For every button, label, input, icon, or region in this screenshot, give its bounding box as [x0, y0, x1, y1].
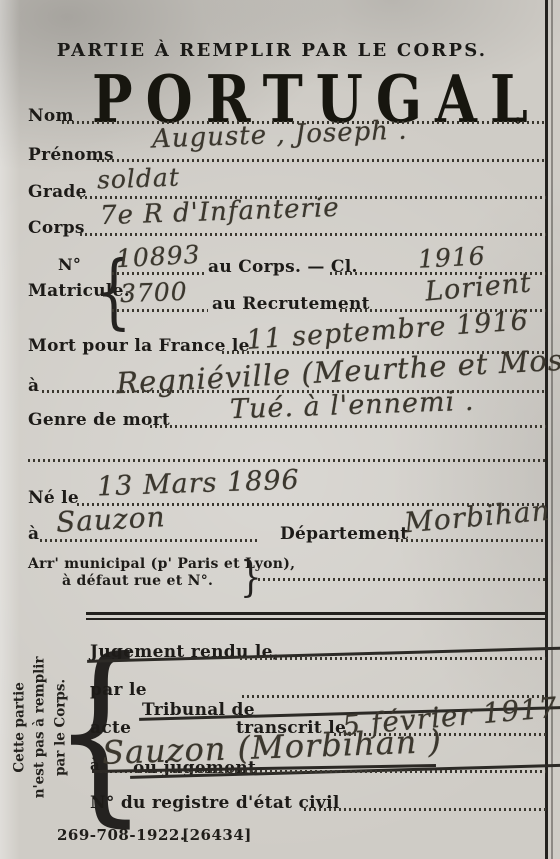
section-title: PARTIE À REMPLIR PAR LE CORPS.: [0, 40, 544, 61]
field-corps-line: [80, 233, 546, 236]
scan-edge-line: [545, 0, 548, 859]
field-tribunal-prefix: par le: [90, 680, 147, 700]
field-ne-lieu-label: à: [28, 524, 39, 544]
field-genre-label: Genre de mort: [28, 410, 170, 430]
field-genre-line: [150, 425, 546, 428]
field-ne-lieu-line: [40, 539, 258, 542]
field-departement-value: Morbihan: [403, 494, 552, 540]
field-ne-value: 13 Mars 1896: [97, 464, 301, 502]
scanned-death-record: PARTIE À REMPLIR PAR LE CORPS. PORTUGAL …: [0, 0, 560, 859]
field-prenoms-line: [97, 159, 546, 162]
matricule-recrutement-number-line: [112, 309, 208, 312]
sidebar-note-line2: n'est pas à remplir: [30, 639, 50, 815]
scan-edge-line-2: [551, 0, 553, 859]
blank-line: [28, 459, 546, 462]
sidebar-note-line1: Cette partie: [10, 639, 30, 815]
field-arr-label-line2: à défaut rue et N°.: [62, 573, 213, 589]
field-matricule-no-label: N°: [58, 255, 81, 274]
field-mort-label: Mort pour la France le: [28, 336, 250, 356]
field-prenoms-label: Prénoms: [28, 145, 114, 165]
field-corps-label: Corps: [28, 218, 85, 238]
footer-reference: 269-708-1922.: [57, 826, 186, 844]
field-registre-label: N° du registre d'état civil: [90, 793, 340, 813]
matricule-corps-number: 10893: [115, 240, 201, 273]
field-departement-line: [396, 539, 546, 542]
field-departement-label: Département: [280, 524, 408, 544]
field-ne-lieu-value: Sauzon: [55, 500, 166, 539]
section-divider: [86, 612, 548, 620]
field-arr-line: [258, 578, 546, 581]
field-grade-value: soldat: [97, 163, 181, 195]
matricule-recrutement-number: 3700: [120, 277, 189, 308]
matricule-class-value: 1916: [417, 241, 486, 273]
field-mort-lieu-label: à: [28, 376, 39, 396]
surname-stamp-period: .: [512, 92, 524, 132]
field-registre-line: [304, 808, 546, 811]
footer-bracket-number: [26434]: [182, 826, 252, 844]
field-jugement-line: [240, 657, 546, 660]
field-grade-label: Grade: [28, 182, 87, 202]
